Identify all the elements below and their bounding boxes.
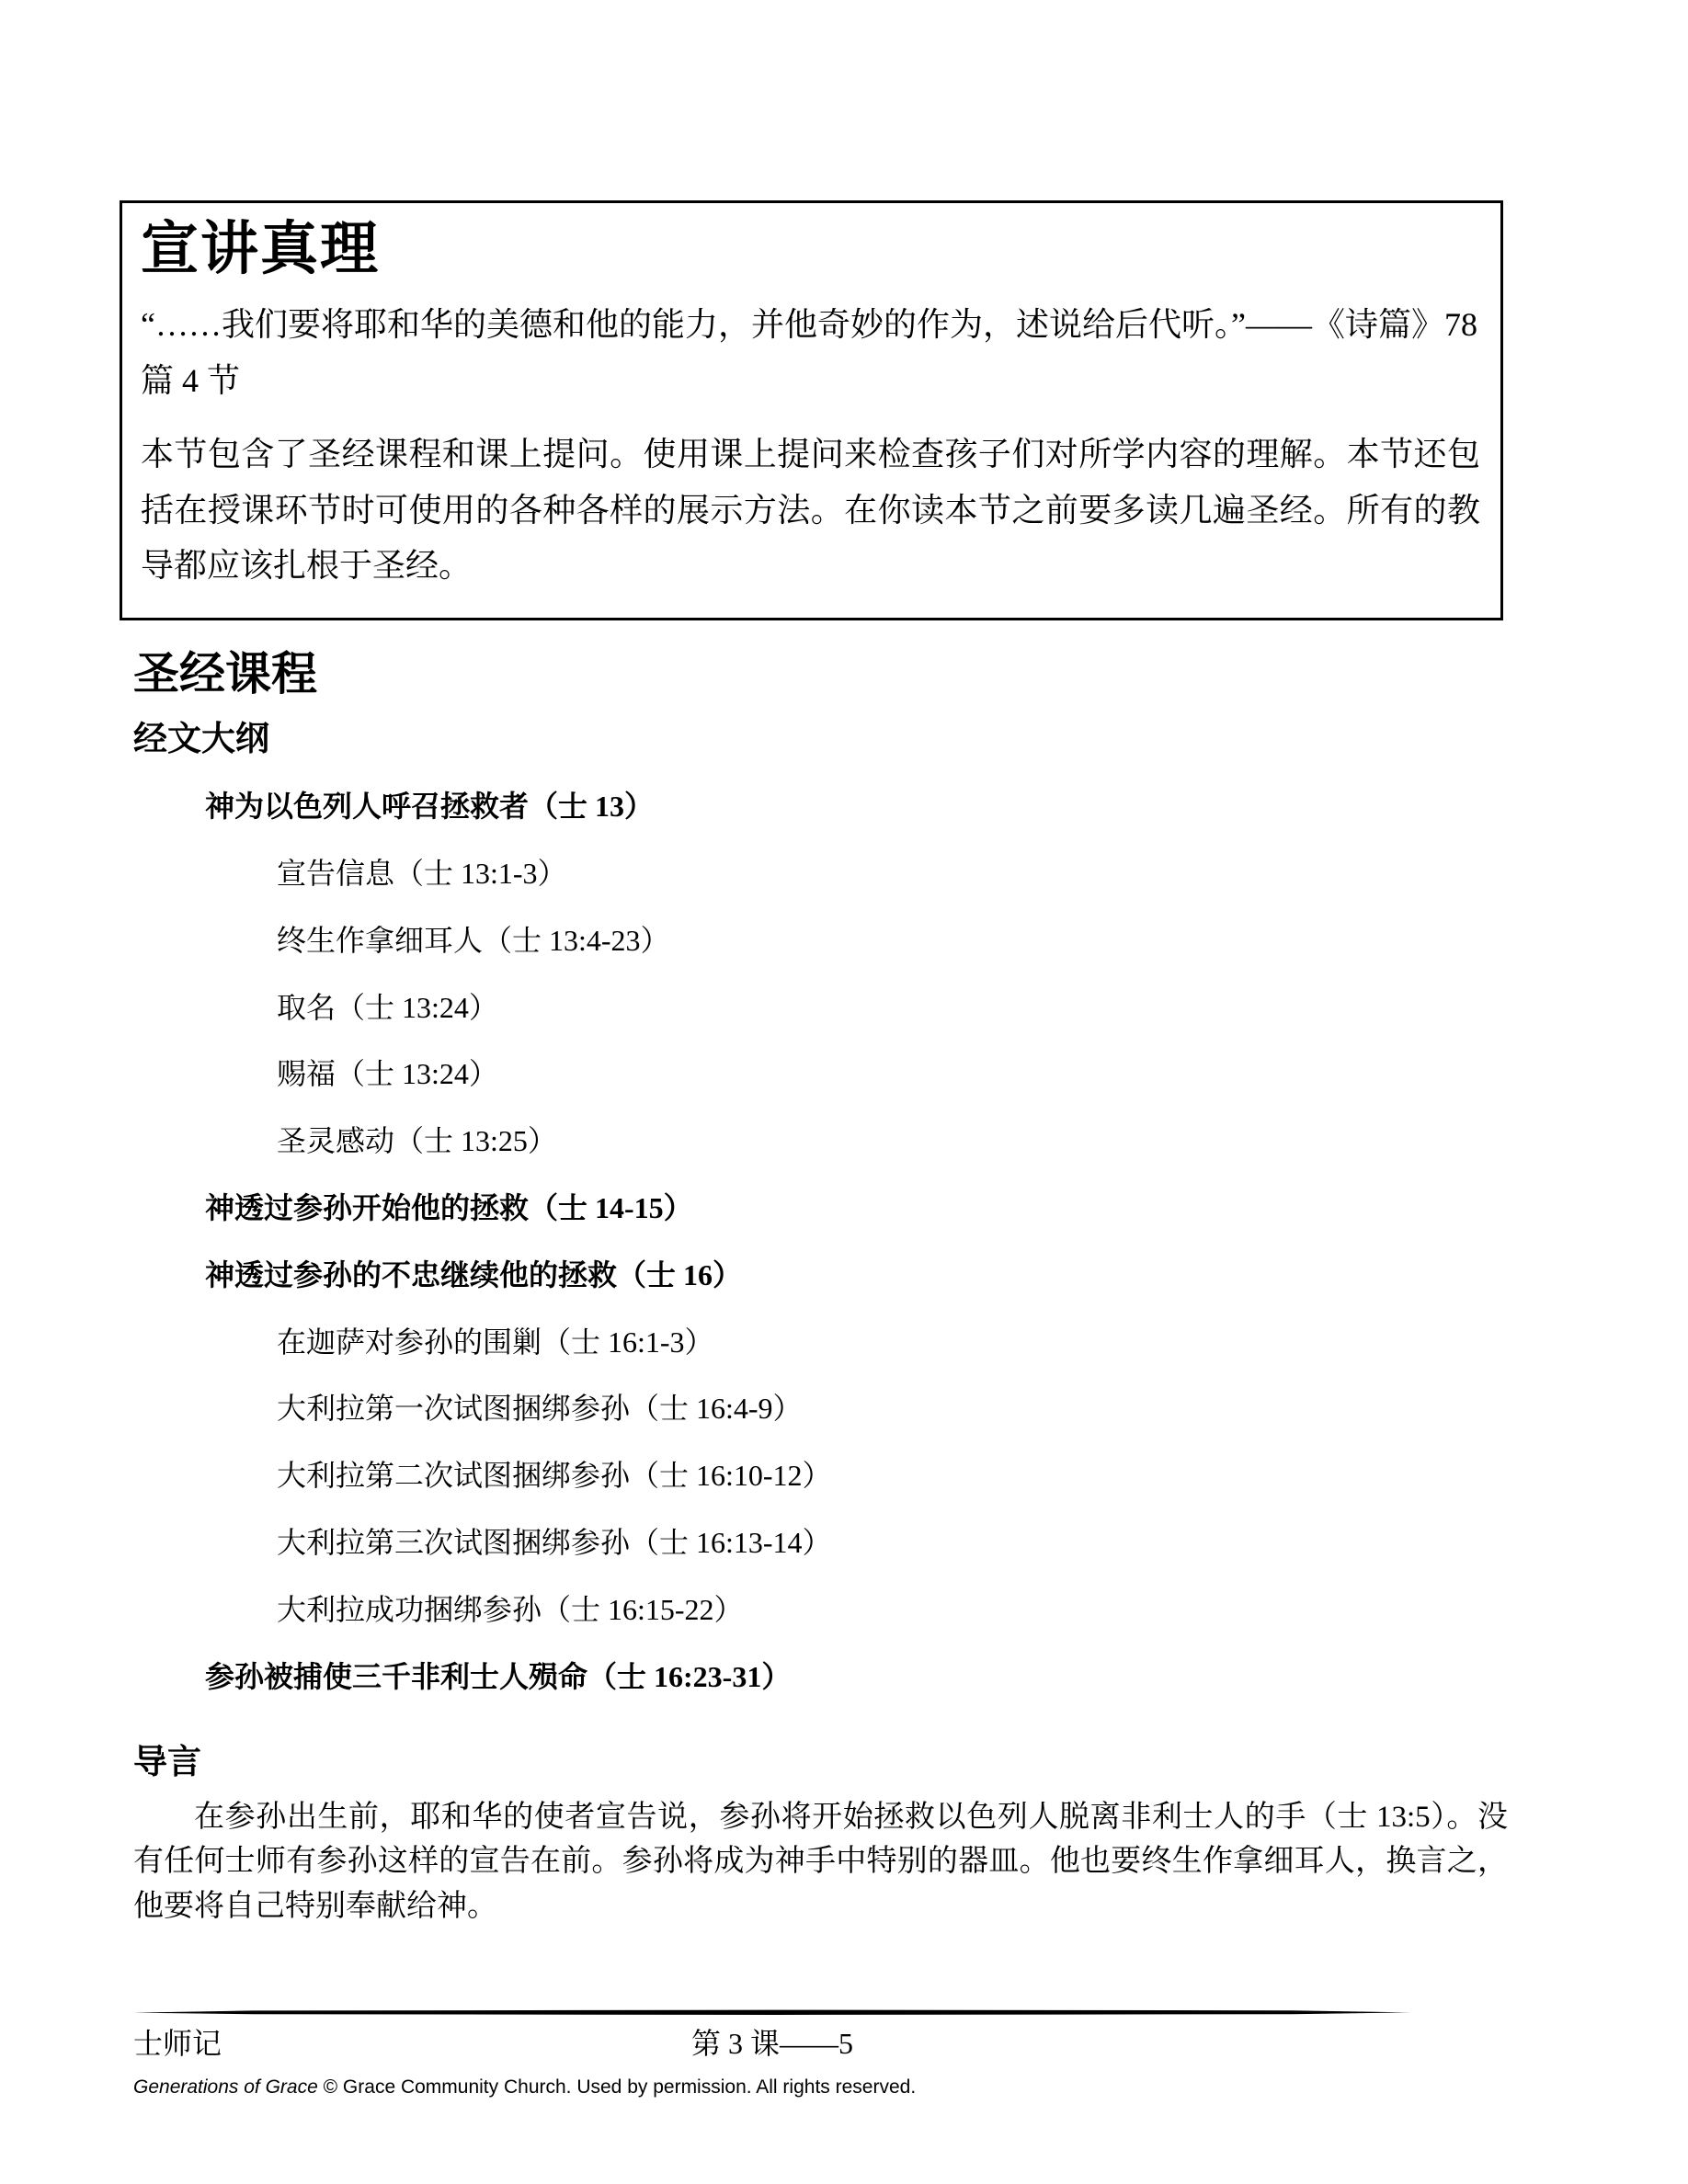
outline-item: 大利拉第三次试图捆绑参孙（士 16:13-14）	[277, 1526, 1508, 1560]
outline-item: 终生作拿细耳人（士 13:4-23）	[277, 924, 1508, 958]
lesson-heading: 圣经课程	[133, 646, 1508, 701]
outline-item: 神透过参孙的不忠继续他的拯救（士 16）	[205, 1258, 1508, 1292]
outline-item: 圣灵感动（士 13:25）	[277, 1124, 1508, 1158]
truth-header-box: 宣讲真理 “……我们要将耶和华的美德和他的能力，并他奇妙的作为，述说给后代听。”…	[120, 200, 1503, 620]
box-title: 宣讲真理	[141, 216, 1480, 282]
scripture-quote: “……我们要将耶和华的美德和他的能力，并他奇妙的作为，述说给后代听。”——《诗篇…	[141, 297, 1480, 408]
outline-item: 神透过参孙开始他的拯救（士 14-15）	[205, 1191, 1508, 1225]
document-page: 宣讲真理 “……我们要将耶和华的美德和他的能力，并他奇妙的作为，述说给后代听。”…	[0, 0, 1688, 2184]
footer-divider-rule	[133, 2009, 1411, 2016]
footer-book-title: 士师记	[133, 2025, 222, 2064]
footer-row: 士师记 第 3 课——5	[133, 2025, 1411, 2064]
scripture-quote-line-2: 篇 4 节	[141, 353, 1480, 408]
outline-item: 大利拉第二次试图捆绑参孙（士 16:10-12）	[277, 1459, 1508, 1493]
copyright-text: © Grace Community Church. Used by permis…	[324, 2076, 917, 2098]
introduction-paragraph: 在参孙出生前，耶和华的使者宣告说，参孙将开始拯救以色列人脱离非利士人的手（士 1…	[133, 1795, 1508, 1929]
outline-item: 赐福（士 13:24）	[277, 1057, 1508, 1091]
introduction-heading: 导言	[133, 1743, 1508, 1783]
footer-page-number: 第 3 课——5	[691, 2027, 853, 2060]
page-footer: 士师记 第 3 课——5 Generations of Grace © Grac…	[133, 2009, 1411, 2099]
copyright-series-title: Generations of Grace	[133, 2076, 318, 2098]
footer-copyright: Generations of Grace © Grace Community C…	[133, 2075, 1411, 2099]
outline-item: 宣告信息（士 13:1-3）	[277, 857, 1508, 891]
scripture-quote-line-1: “……我们要将耶和华的美德和他的能力，并他奇妙的作为，述说给后代听。”——《诗篇…	[141, 297, 1480, 352]
outline-item: 在迦萨对参孙的围剿（士 16:1-3）	[277, 1325, 1508, 1359]
outline-item: 大利拉第一次试图捆绑参孙（士 16:4-9）	[277, 1392, 1508, 1426]
outline-item: 神为以色列人呼召拯救者（士 13）	[205, 790, 1508, 824]
outline-item: 取名（士 13:24）	[277, 991, 1508, 1025]
outline-heading: 经文大纲	[133, 720, 1508, 760]
scripture-outline: 神为以色列人呼召拯救者（士 13） 宣告信息（士 13:1-3） 终生作拿细耳人…	[133, 790, 1508, 1693]
outline-item: 大利拉成功捆绑参孙（士 16:15-22）	[277, 1593, 1508, 1627]
section-description: 本节包含了圣经课程和课上提问。使用课上提问来检查孩子们对所学内容的理解。本节还包…	[141, 427, 1480, 593]
outline-item: 参孙被捕使三千非利士人殒命（士 16:23-31）	[205, 1660, 1508, 1694]
